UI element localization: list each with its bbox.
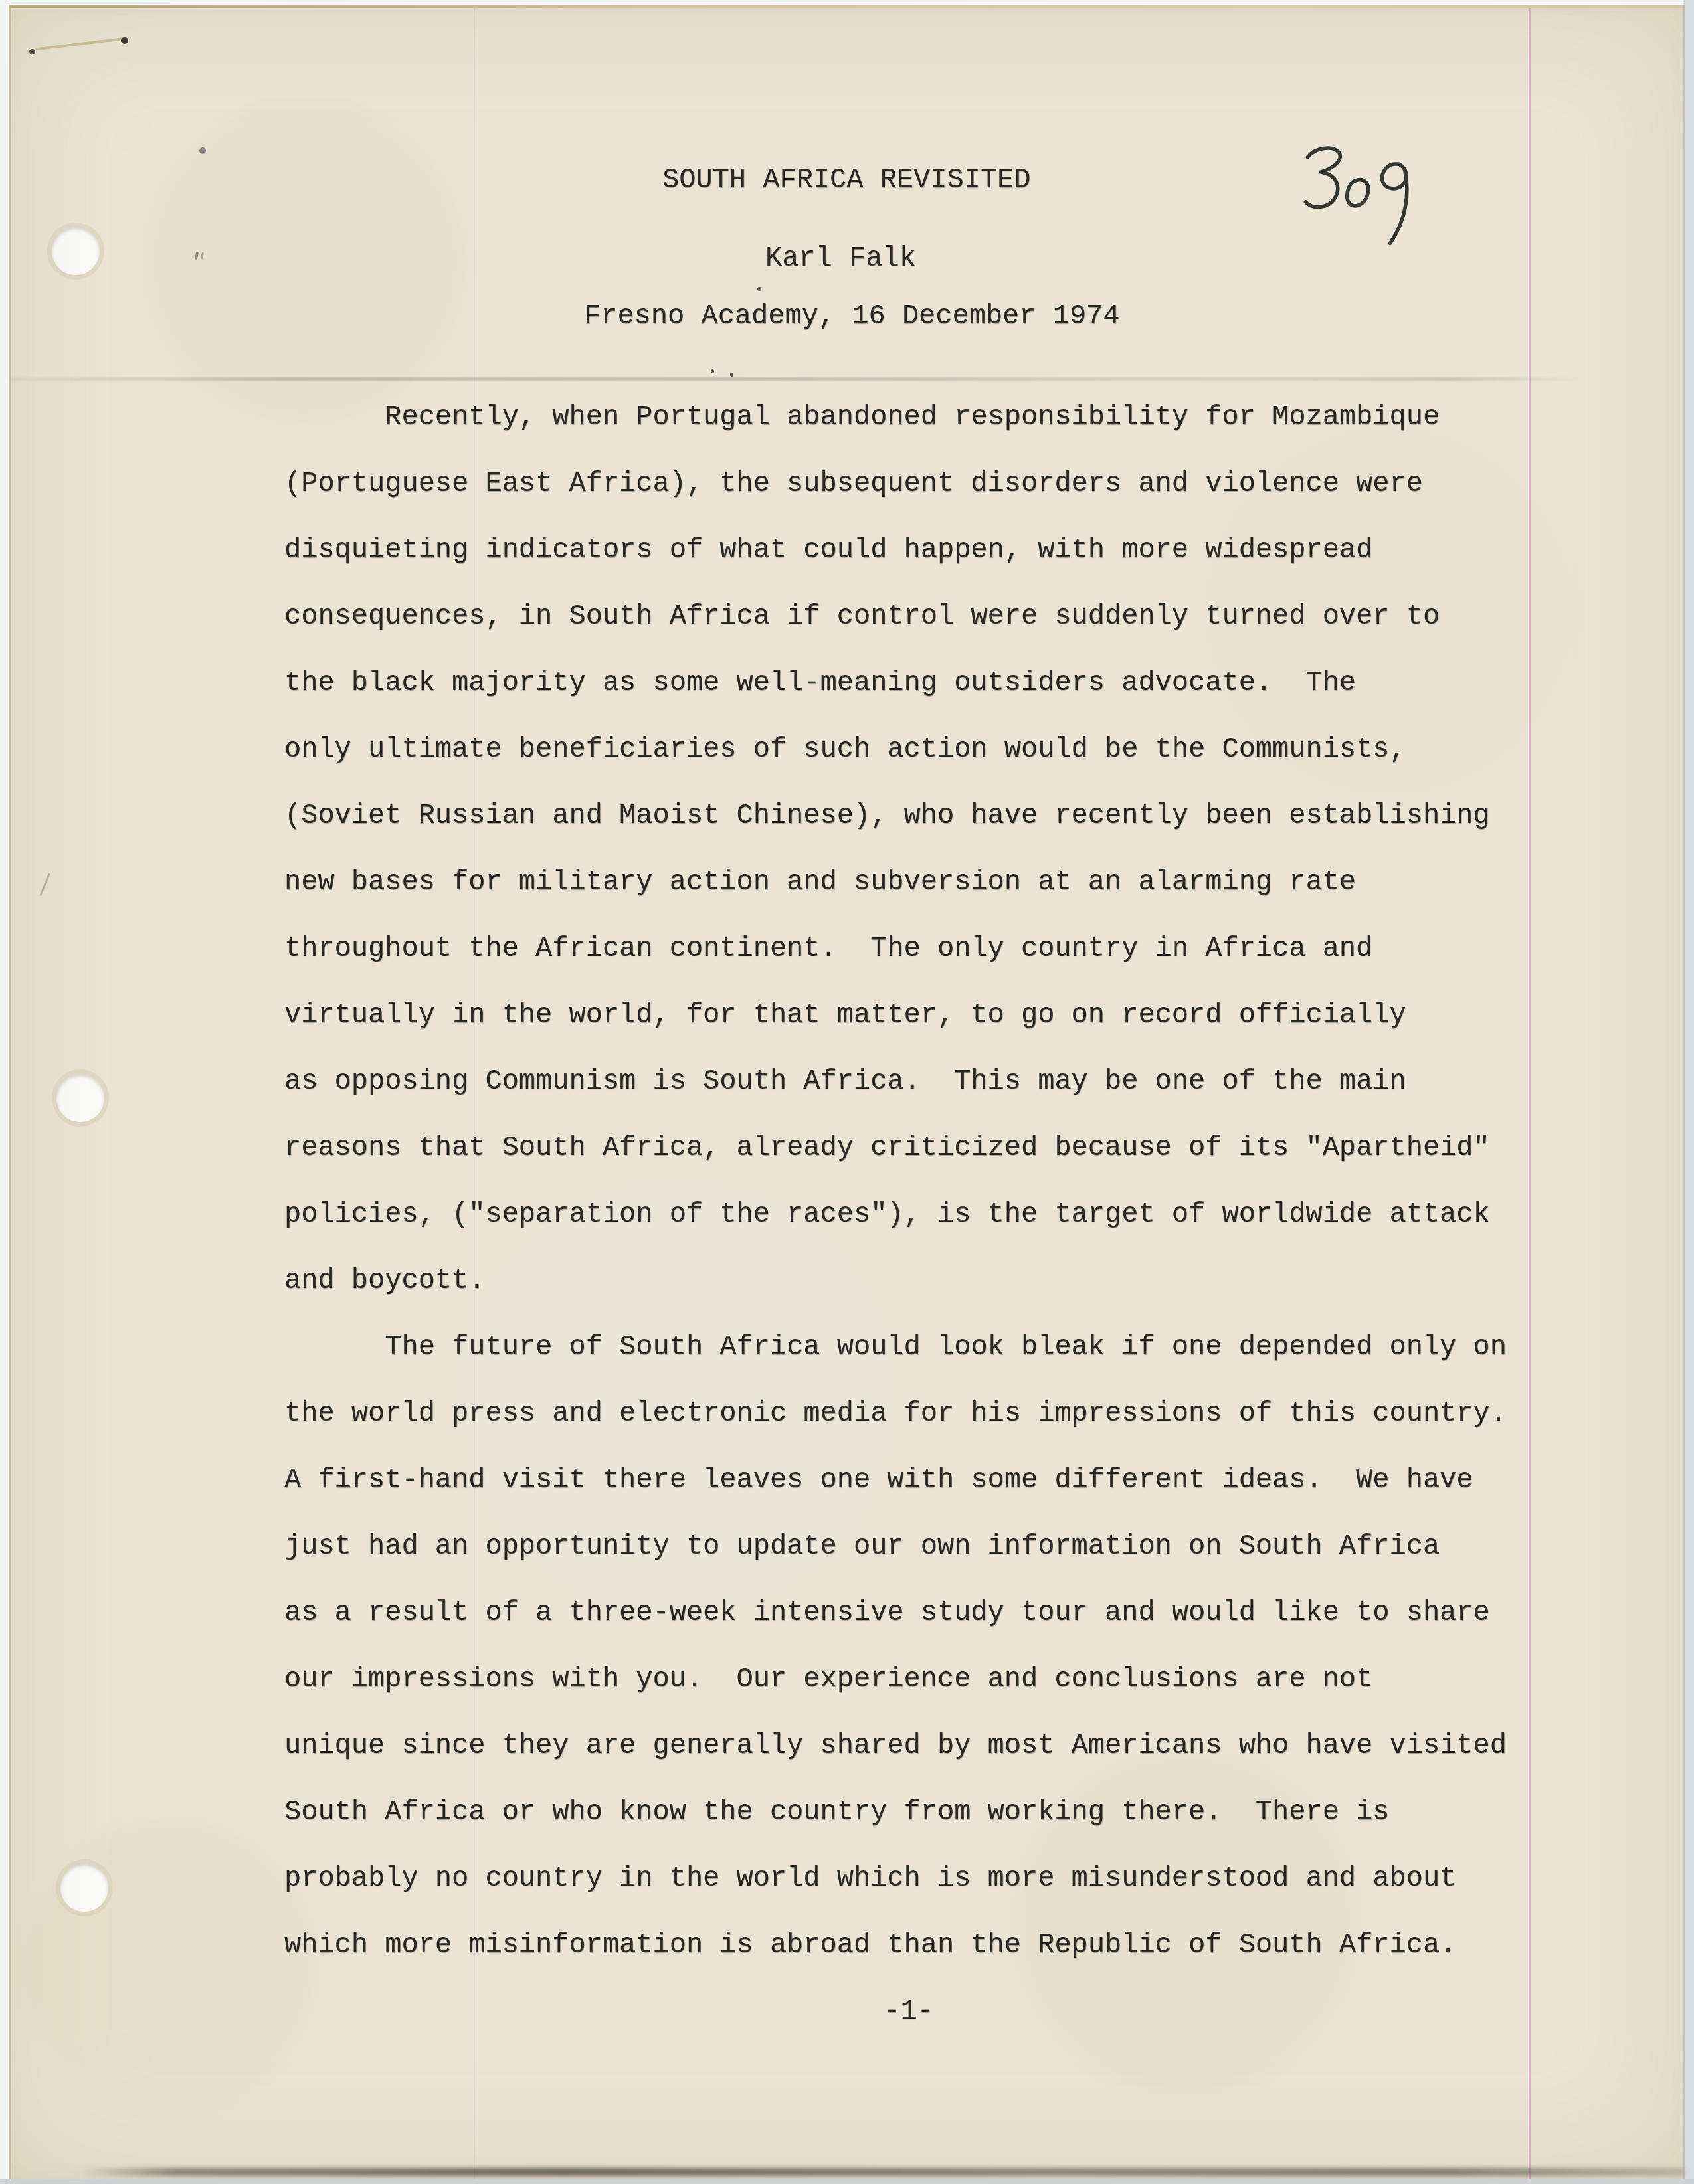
ink-speck xyxy=(121,37,128,44)
venue-date-line: Fresno Academy, 16 December 1974 xyxy=(584,302,1120,330)
digit-0-stroke xyxy=(1346,179,1369,207)
body-paragraph-1: Recently, when Portugal abandoned respon… xyxy=(284,384,1533,1314)
hole-punch xyxy=(52,227,100,275)
pencil-tick-mark xyxy=(195,252,199,260)
pencil-slash-mark xyxy=(39,873,50,897)
body-text-column: Recently, when Portugal abandoned respon… xyxy=(284,384,1533,2045)
paper-right-edge-line xyxy=(1683,0,1685,2184)
digit-3-stroke xyxy=(1303,146,1342,209)
hole-punch xyxy=(56,1074,104,1122)
scan-bed-left-edge xyxy=(0,0,9,2184)
paper-bottom-edge-shadow xyxy=(80,2168,1685,2176)
scanned-document: SOUTH AFRICA REVISITED Karl Falk Fresno … xyxy=(0,0,1694,2184)
scan-bed-bottom-edge xyxy=(0,2179,1694,2184)
page-number-footer: -1- xyxy=(284,1978,1533,2045)
paper-sheet: SOUTH AFRICA REVISITED Karl Falk Fresno … xyxy=(0,0,1694,2184)
scan-smudge-line xyxy=(0,377,1581,381)
pencil-tick-mark xyxy=(201,252,204,259)
digit-9-head-stroke xyxy=(1381,163,1408,190)
rust-streak-stain xyxy=(35,37,127,50)
hole-punch xyxy=(60,1864,108,1912)
scan-bed-right-edge xyxy=(1685,0,1694,2184)
body-paragraph-2: The future of South Africa would look bl… xyxy=(284,1314,1533,1978)
paper-left-edge-shadow xyxy=(9,0,11,2184)
author-line: Karl Falk xyxy=(765,244,916,272)
gray-speck xyxy=(199,147,206,154)
document-title: SOUTH AFRICA REVISITED xyxy=(662,166,1031,194)
ink-speck xyxy=(29,49,35,54)
stray-type-dot xyxy=(757,287,761,291)
handwritten-page-number xyxy=(1289,139,1439,262)
scan-bed-top-edge xyxy=(0,0,1694,5)
paper-top-edge-line xyxy=(9,5,1694,8)
digit-9-tail-stroke xyxy=(1390,171,1410,244)
